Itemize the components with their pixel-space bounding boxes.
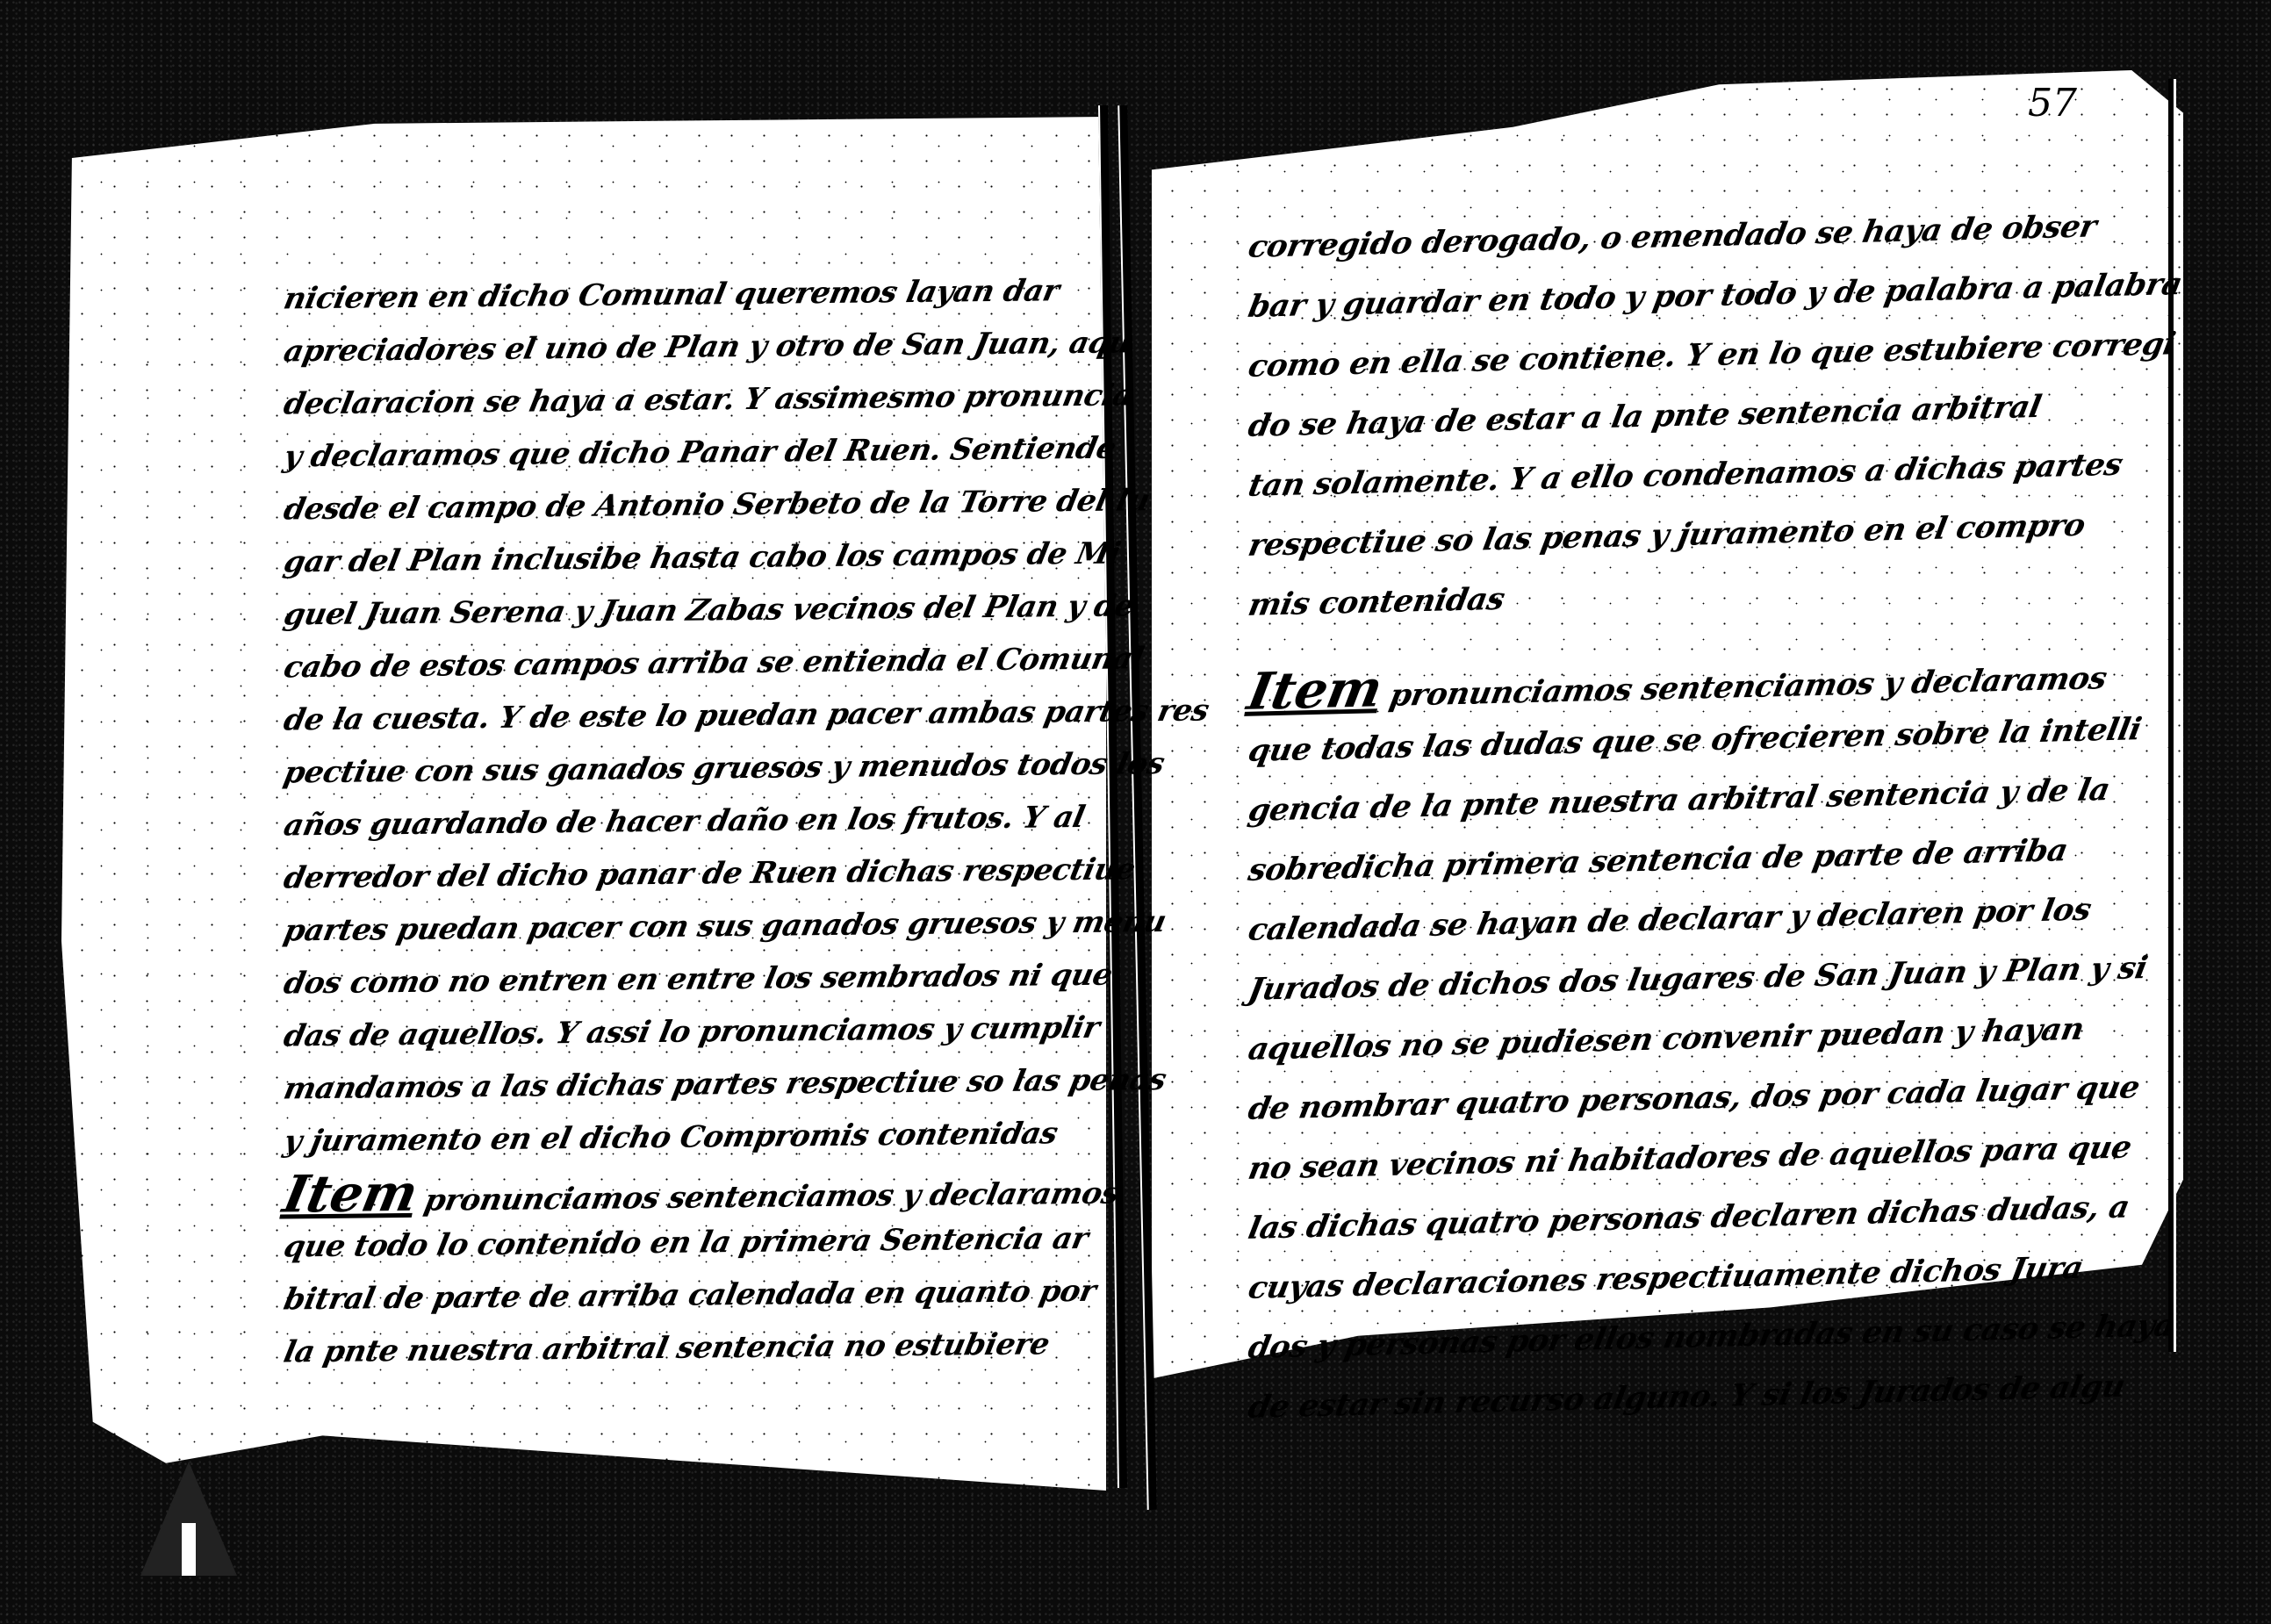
text-line: gar del Plan inclusibe hasta cabo los ca… <box>279 527 1214 589</box>
text-line: mandamos a las dichas partes respectiue … <box>279 1053 1214 1116</box>
text-line: años guardando de hacer daño en los frut… <box>279 790 1214 852</box>
text-line: que todo lo contenido en la primera Sent… <box>279 1211 1214 1274</box>
text-line: la pnte nuestra arbitral sentencia no es… <box>279 1317 1214 1379</box>
item-heading: Item <box>278 1163 422 1225</box>
text-line: guel Juan Serena y Juan Zabas vecinos de… <box>279 579 1214 642</box>
manuscript-spread: 57 nicieren en dicho Comunal queremos la… <box>0 0 2271 1624</box>
text-line: apreciadores el uno de Plan y otro de Sa… <box>279 316 1214 378</box>
text-line: partes puedan pacer con sus ganados grue… <box>279 895 1214 958</box>
text-line: y declaramos que dicho Panar del Ruen. S… <box>279 421 1214 484</box>
text-line: declaracion se haya a estar. Y assimesmo… <box>279 369 1214 431</box>
text-line: y juramento en el dicho Compromis conten… <box>279 1106 1214 1168</box>
text-line: derredor del dicho panar de Ruen dichas … <box>279 843 1214 905</box>
page-tab-marker <box>140 1462 237 1576</box>
text-line: de la cuesta. Y de este lo puedan pacer … <box>279 685 1214 747</box>
text-line: cabo de estos campos arriba se entienda … <box>279 632 1214 694</box>
folio-number: 57 <box>2028 81 2077 126</box>
right-page-text: corregido derogado, o emendado se haya d… <box>1251 206 2179 1426</box>
text-line: bitral de parte de arriba calendada en q… <box>279 1264 1214 1326</box>
item-heading: Item <box>1243 658 1387 722</box>
item-line: Item pronunciamos sentenciamos y declara… <box>279 1159 1214 1221</box>
left-page-text: nicieren en dicho Comunal queremos layan… <box>285 268 1207 1374</box>
text-line: dos como no entren en entre los sembrado… <box>279 948 1214 1010</box>
text-line: nicieren en dicho Comunal queremos layan… <box>279 263 1214 326</box>
text-line: pronunciamos sentenciamos y declaramos <box>421 1176 1122 1218</box>
text-line: desde el campo de Antonio Serbeto de la … <box>279 474 1214 536</box>
text-line: das de aquellos. Y assi lo pronunciamos … <box>279 1001 1214 1063</box>
text-line: pectiue con sus ganados gruesos y menudo… <box>279 737 1214 800</box>
